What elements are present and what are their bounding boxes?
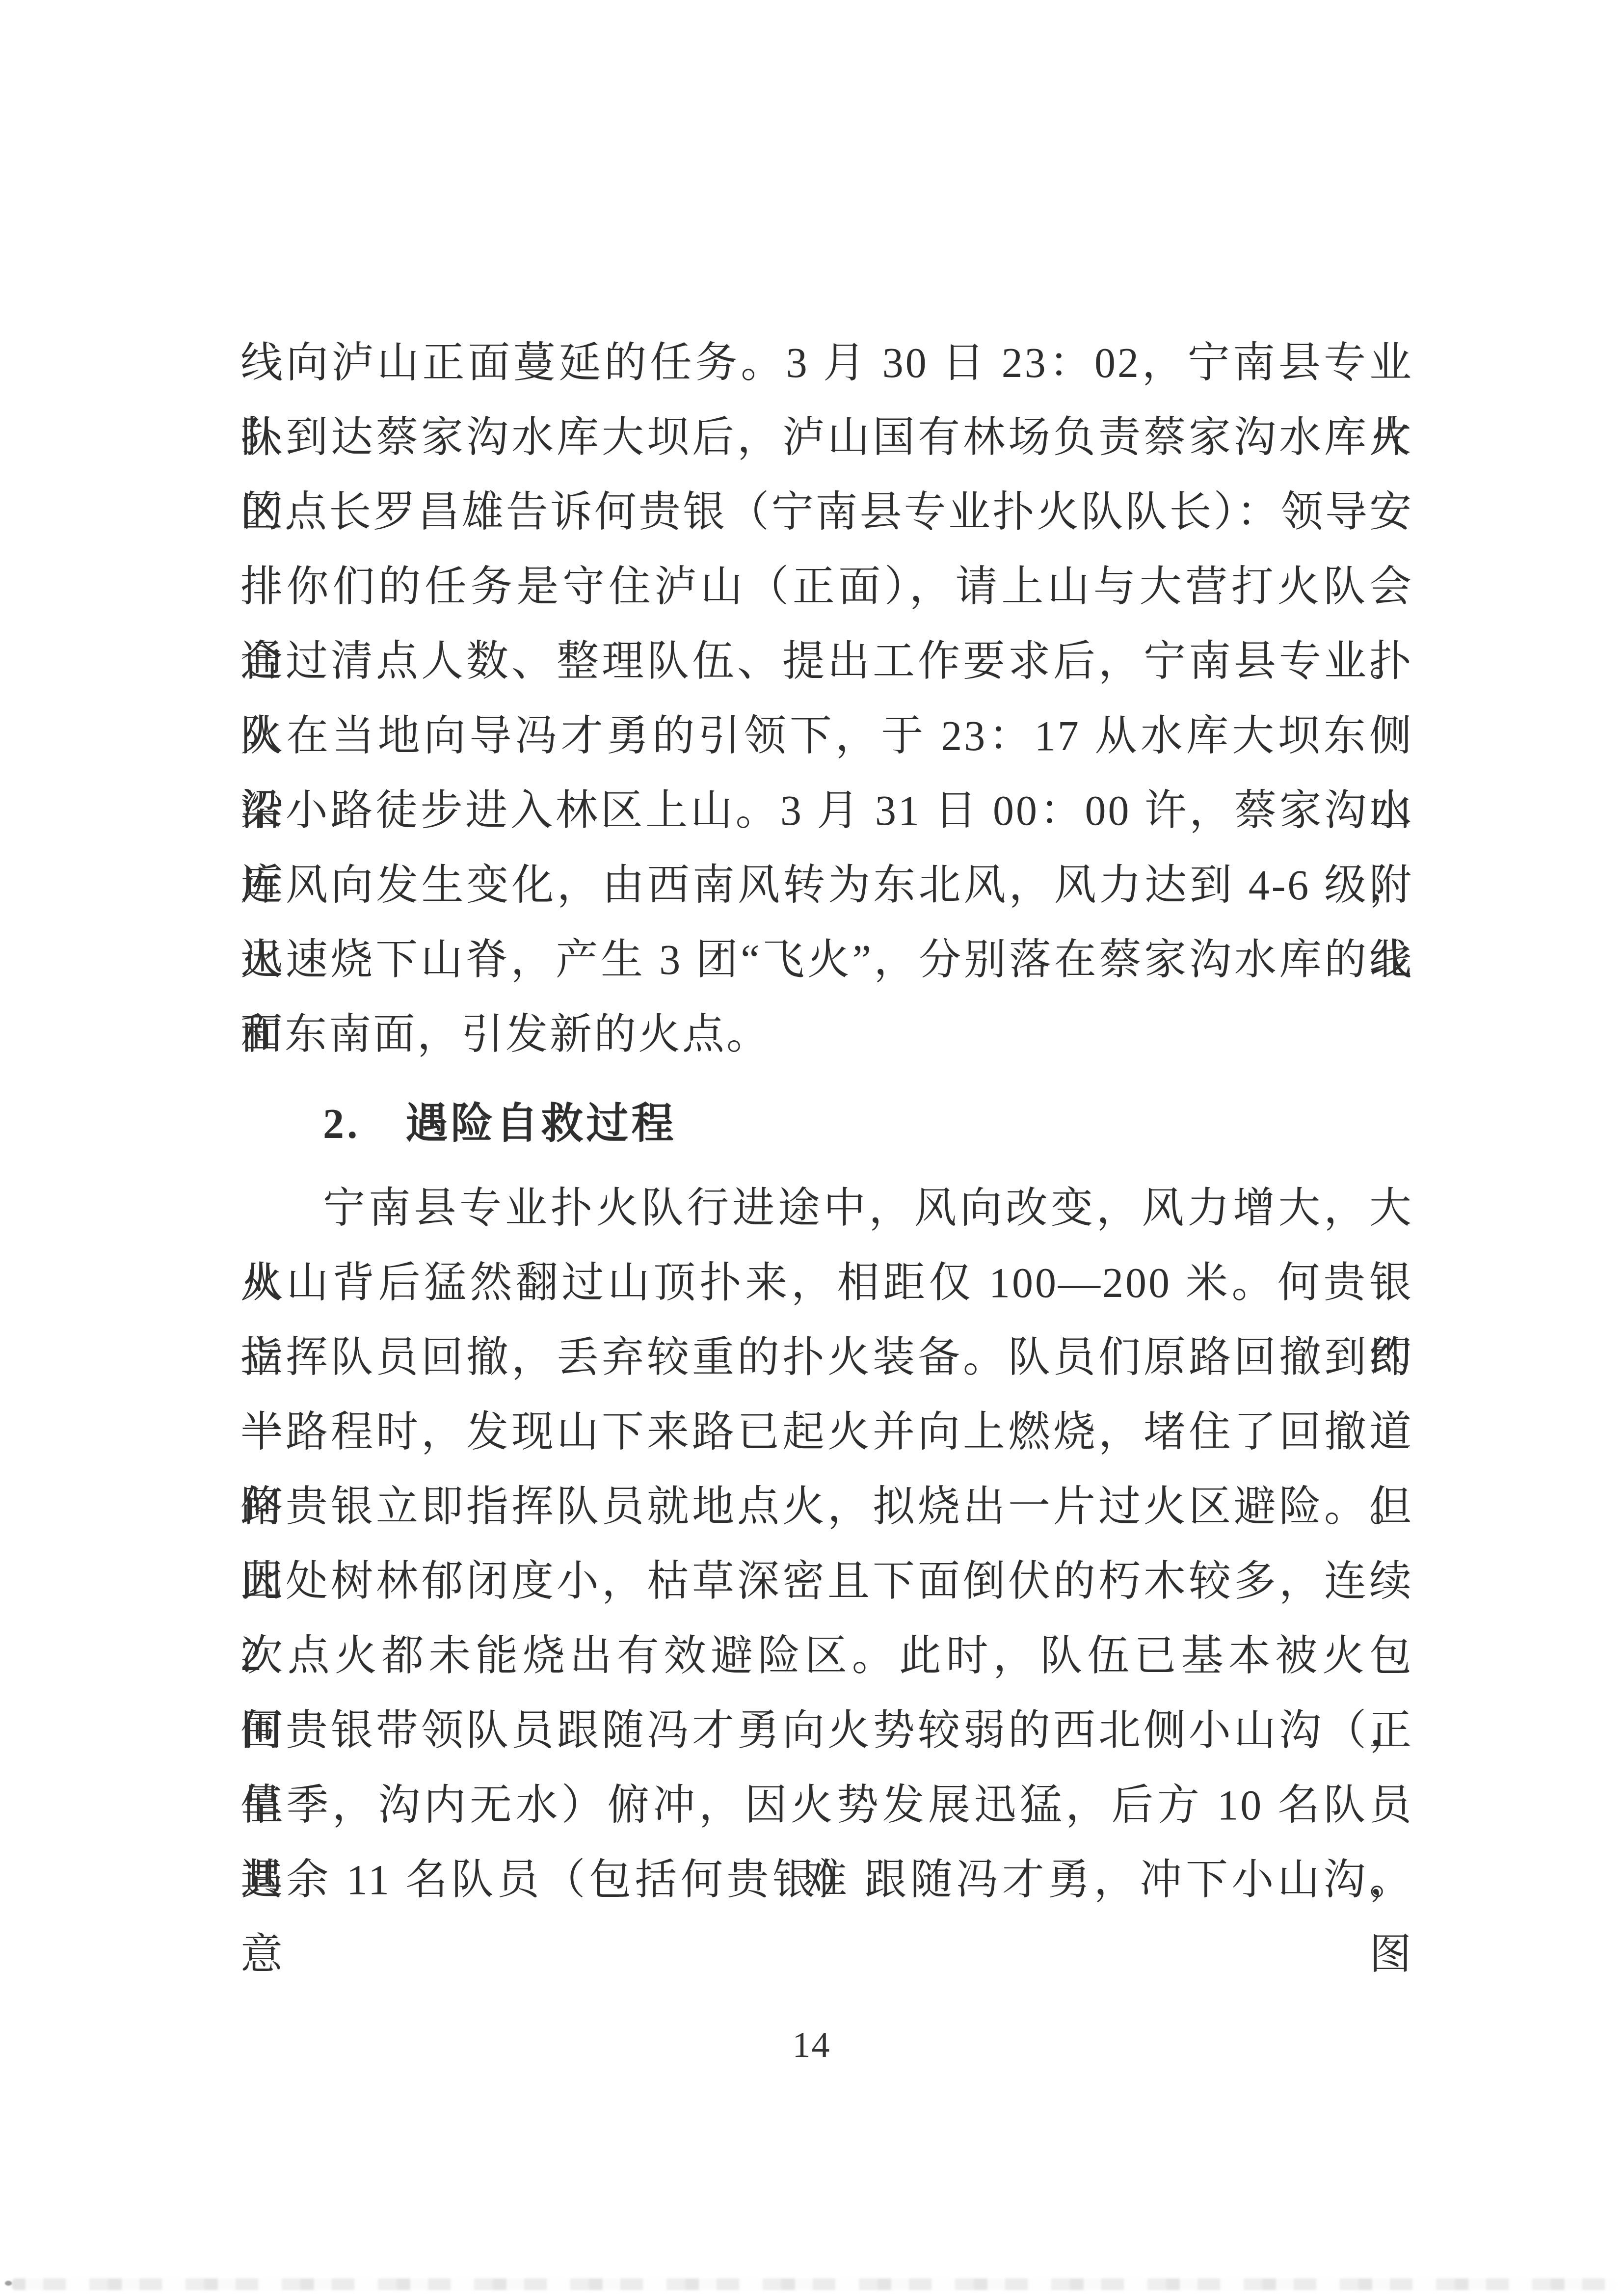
paragraph-line: 的点长罗昌雄告诉何贵银（宁南县专业扑火队队长）：领导安	[240, 475, 1413, 549]
paragraph-line: 半路程时，发现山下来路已起火并向上燃烧，堵住了回撤道路。	[240, 1395, 1413, 1469]
paragraph-line: 何贵银立即指挥队员就地点火，拟烧出一片过火区避险。但因	[240, 1469, 1413, 1544]
paragraph-line: 通过清点人数、整理队伍、提出工作要求后，宁南县专业扑火	[240, 624, 1413, 699]
document-page: 线向泸山正面蔓延的任务。3 月 30 日 23：02，宁南县专业扑火队到达蔡家沟…	[0, 0, 1623, 2296]
paragraph-line: 线向泸山正面蔓延的任务。3 月 30 日 23：02，宁南县专业扑火	[240, 325, 1413, 400]
paragraph-line: 指挥队员回撤，丢弃较重的扑火装备。队员们原路回撤到约一	[240, 1320, 1413, 1395]
page-number: 14	[0, 2025, 1623, 2066]
paragraph-line: 何贵银带领队员跟随冯才勇向火势较弱的西北侧小山沟（正值	[240, 1693, 1413, 1768]
paragraph-line: 宁南县专业扑火队行进途中，风向改变，风力增大，大火	[240, 1171, 1413, 1245]
paragraph-line: 迅速烧下山脊，产生 3 团“飞火”，分别落在蔡家沟水库的北面	[240, 922, 1413, 997]
paragraph-line: 此处树林郁闭度小，枯草深密且下面倒伏的朽木较多，连续 2	[240, 1544, 1413, 1619]
paragraph-line: 其余 11 名队员（包括何贵银）跟随冯才勇，冲下小山沟，意图	[240, 1842, 1413, 1917]
scan-artifact-speck	[5, 2281, 12, 2286]
paragraph-line: 和东南面，引发新的火点。	[240, 997, 1413, 1072]
section-heading: 2. 遇险自救过程	[240, 1086, 1413, 1161]
paragraph-line: 梁小路徒步进入林区上山。3 月 31 日 00：00 许，蔡家沟水库附	[240, 773, 1413, 848]
paragraph-line: 近风向发生变化，由西南风转为东北风，风力达到 4-6 级，火线	[240, 848, 1413, 922]
paragraph-line: 队到达蔡家沟水库大坝后，泸山国有林场负责蔡家沟水库片区	[240, 400, 1413, 475]
scan-artifact-smudge	[12, 2278, 1616, 2290]
paragraph-line: 从山背后猛然翻过山顶扑来，相距仅 100—200 米。何贵银立即	[240, 1245, 1413, 1320]
page-text: 线向泸山正面蔓延的任务。3 月 30 日 23：02，宁南县专业扑火队到达蔡家沟…	[240, 325, 1413, 1917]
paragraph-line: 旱季，沟内无水）俯冲，因火势发展迅猛，后方 10 名队员遇难。	[240, 1768, 1413, 1842]
paragraph-line: 次点火都未能烧出有效避险区。此时，队伍已基本被火包围，	[240, 1619, 1413, 1693]
paragraph-line: 队在当地向导冯才勇的引领下，于 23：17 从水库大坝东侧沿山	[240, 699, 1413, 773]
paragraph-line: 排你们的任务是守住泸山（正面），请上山与大营打火队会合。	[240, 549, 1413, 624]
